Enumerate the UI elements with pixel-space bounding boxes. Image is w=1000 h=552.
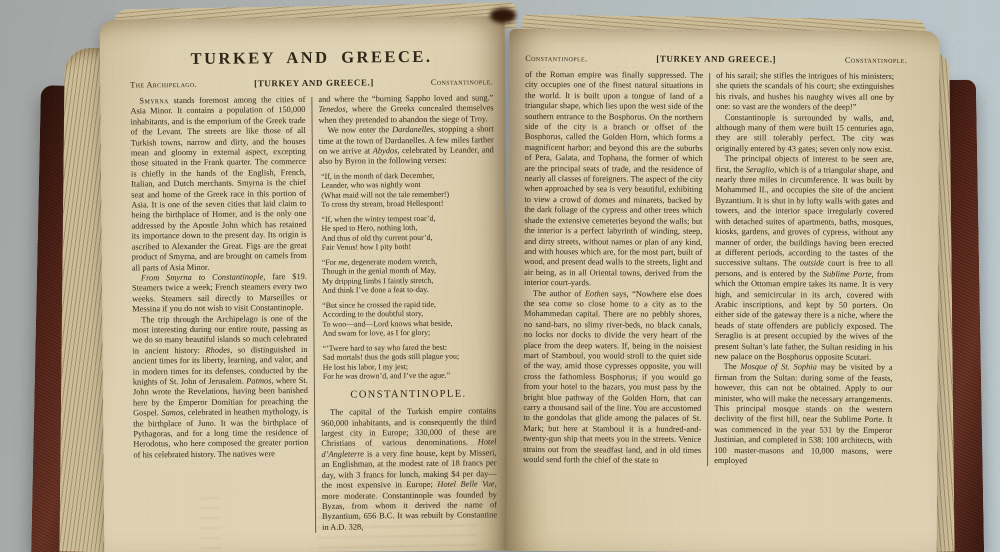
running-head-left: The Archipelago. [130,80,197,90]
column-rule [707,73,710,466]
text-segment: , degenerate modern wretch, [347,257,437,267]
open-book: TURKEY AND GREECE. The Archipelago. [TUR… [30,0,980,552]
text-segment: And swam for love, as I for glory; [322,328,430,338]
running-head-left-page: The Archipelago. [TURKEY AND GREECE.] Co… [130,76,493,89]
running-head-right-page: Constantinople. [TURKEY AND GREECE.] Con… [525,53,907,65]
verse-stanza: “’Twere hard to say who fared the best:S… [323,342,496,382]
left-page-columns: Smyrna stands foremost among the cities … [130,93,497,534]
text-segment: Abydos [373,146,398,155]
section-heading: CONSTANTINOPLE. [321,389,496,401]
text-segment: Sublime Porte [823,269,872,278]
text-segment: (What maid will not the tale remember!) [321,190,449,200]
text-segment: , from which the Ottoman empire takes it… [715,269,894,361]
text-segment: , which is of a triangular shape, and ne… [715,165,894,268]
paragraph: From Smyrna to Constantinople, fare $19.… [132,272,307,315]
paragraph: The Mosque of St. Sophia may be visited … [714,362,893,467]
right-page-column-1: of the Roman empire was finally suppress… [523,70,703,466]
left-page-column-2: and where the “burning Sappho loved and … [318,93,497,533]
text-segment: Seraglio [746,165,774,174]
verse-line: For he was drown’d, and I’ve the ague.” [323,371,496,382]
text-segment: “’Twere hard to say who fared the best: [323,343,448,353]
verse-stanza: “For me, degenerate modern wretch,Though… [322,256,495,296]
text-segment: Patmos [246,376,271,385]
text-segment: He lost his labor, I my jest; [323,362,408,372]
verse-stanza: “But since he crossed the rapid tide,Acc… [322,299,495,339]
paragraph: Constantinople is surrounded by walls, a… [716,113,894,156]
photo-background: TURKEY AND GREECE. The Archipelago. [TUR… [0,0,1000,552]
text-segment: Tenedos [318,105,345,114]
text-segment: outside [800,259,824,268]
text-segment: Sad mortals! thus the gods still plague … [323,352,460,362]
text-segment: “For [322,258,339,267]
text-segment: Mosque of St. Sophia [740,362,816,371]
verse-line: And swam for love, as I for glory; [322,328,495,339]
text-segment: According to the doubtful story, [322,309,423,319]
text-segment: , where the Greeks concealed themselves … [319,104,494,125]
text-segment: The capital of the Turkish empire contai… [321,407,496,449]
text-segment: says, “Nowhere else does the sea come so… [523,289,702,465]
verse-stanza: “If, when the wintry tempest roar’d,He s… [321,213,494,253]
paragraph: Smyrna stands foremost among the cities … [130,95,307,273]
text-segment: may be visited by a firman from the Sult… [714,363,893,465]
paragraph: of the Roman empire was finally suppress… [524,70,703,289]
text-segment: Rhodes [205,345,230,354]
text-segment: “If, in the month of dark December, [321,171,434,181]
text-segment: of his sarail; she stifles the intrigues… [716,71,894,112]
paragraph: of his sarail; she stifles the intrigues… [716,71,894,114]
paragraph: The principal objects of interest to be … [715,154,894,363]
text-segment: And think I’ve done a feat to-day. [322,285,429,295]
running-head-right: Constantinople. [431,77,493,87]
paragraph: The capital of the Turkish empire contai… [321,407,497,533]
column-rule [311,97,316,533]
running-head-right: Constantinople. [845,56,907,65]
running-head-center: [TURKEY AND GREECE.] [656,54,776,65]
text-segment: To cross thy stream, broad Hellespont! [321,199,443,209]
text-segment: of the Roman empire was finally suppress… [524,70,703,287]
text-segment: Constantinople is surrounded by walls, a… [716,113,894,154]
right-page: Constantinople. [TURKEY AND GREECE.] Con… [507,29,940,552]
paragraph: The author of Eothen says, “Nowhere else… [523,288,702,466]
text-segment: stands foremost among the cities of Asia… [130,95,306,272]
running-head-center: [TURKEY AND GREECE.] [254,77,374,88]
text-segment: Dardanelles [392,125,433,134]
text-segment: The [724,362,741,371]
text-segment: “If, when the wintry tempest roar’d, [321,214,435,224]
running-head-left: Constantinople. [525,54,587,63]
right-page-columns: of the Roman empire was finally suppress… [523,70,907,467]
text-segment: Leander, who was nightly wont [321,180,420,190]
paragraph: The trip through the Archipelago is one … [132,314,308,461]
paragraph: and where the “burning Sappho loved and … [318,93,493,126]
text-segment: And thus of old thy current pour’d, [322,233,433,243]
left-page-content: TURKEY AND GREECE. The Archipelago. [TUR… [130,44,497,552]
verse-line: And think I’ve done a feat to-day. [322,285,495,296]
text-segment: My dripping limbs I faintly stretch, [322,276,433,286]
text-segment: Smyrna [139,96,168,105]
text-segment: Though in the genial month of May, [322,266,436,276]
text-segment: For he was drown’d, and I’ve the ague.” [323,371,450,381]
text-segment: From Smyrna to Constantinople [141,272,263,282]
binding-spot [490,8,516,23]
left-page-column-1: Smyrna stands foremost among the cities … [130,95,309,535]
right-page-content: Constantinople. [TURKEY AND GREECE.] Con… [523,53,908,552]
text-segment: Hotel Belle Vue [437,479,494,488]
verse-line: Fair Venus! how I pity both! [322,242,495,253]
text-segment: Samos [161,408,183,417]
text-segment: me [338,257,347,266]
text-segment: Eothen [585,289,609,298]
page-title: TURKEY AND GREECE. [130,46,493,69]
text-segment: The author of [533,289,585,298]
text-segment: “But since he crossed the rapid tide, [322,300,436,310]
right-page-column-2: of his sarail; she stifles the intrigues… [714,71,894,467]
text-segment: He sped to Hero, nothing loth, [321,223,417,233]
text-segment: and where the “burning Sappho loved and … [318,93,493,104]
paragraph: We now enter the Dardanelles, stopping a… [319,125,494,168]
text-segment: We now enter the [328,125,393,135]
verse-stanza: “If, in the month of dark December,Leand… [321,170,494,210]
verse-line: To cross thy stream, broad Hellespont! [321,199,494,210]
text-segment: Fair Venus! how I pity both! [322,242,412,252]
text-segment: To woo—and—Lord knows what beside, [322,319,452,329]
left-page: TURKEY AND GREECE. The Archipelago. [TUR… [100,16,510,552]
